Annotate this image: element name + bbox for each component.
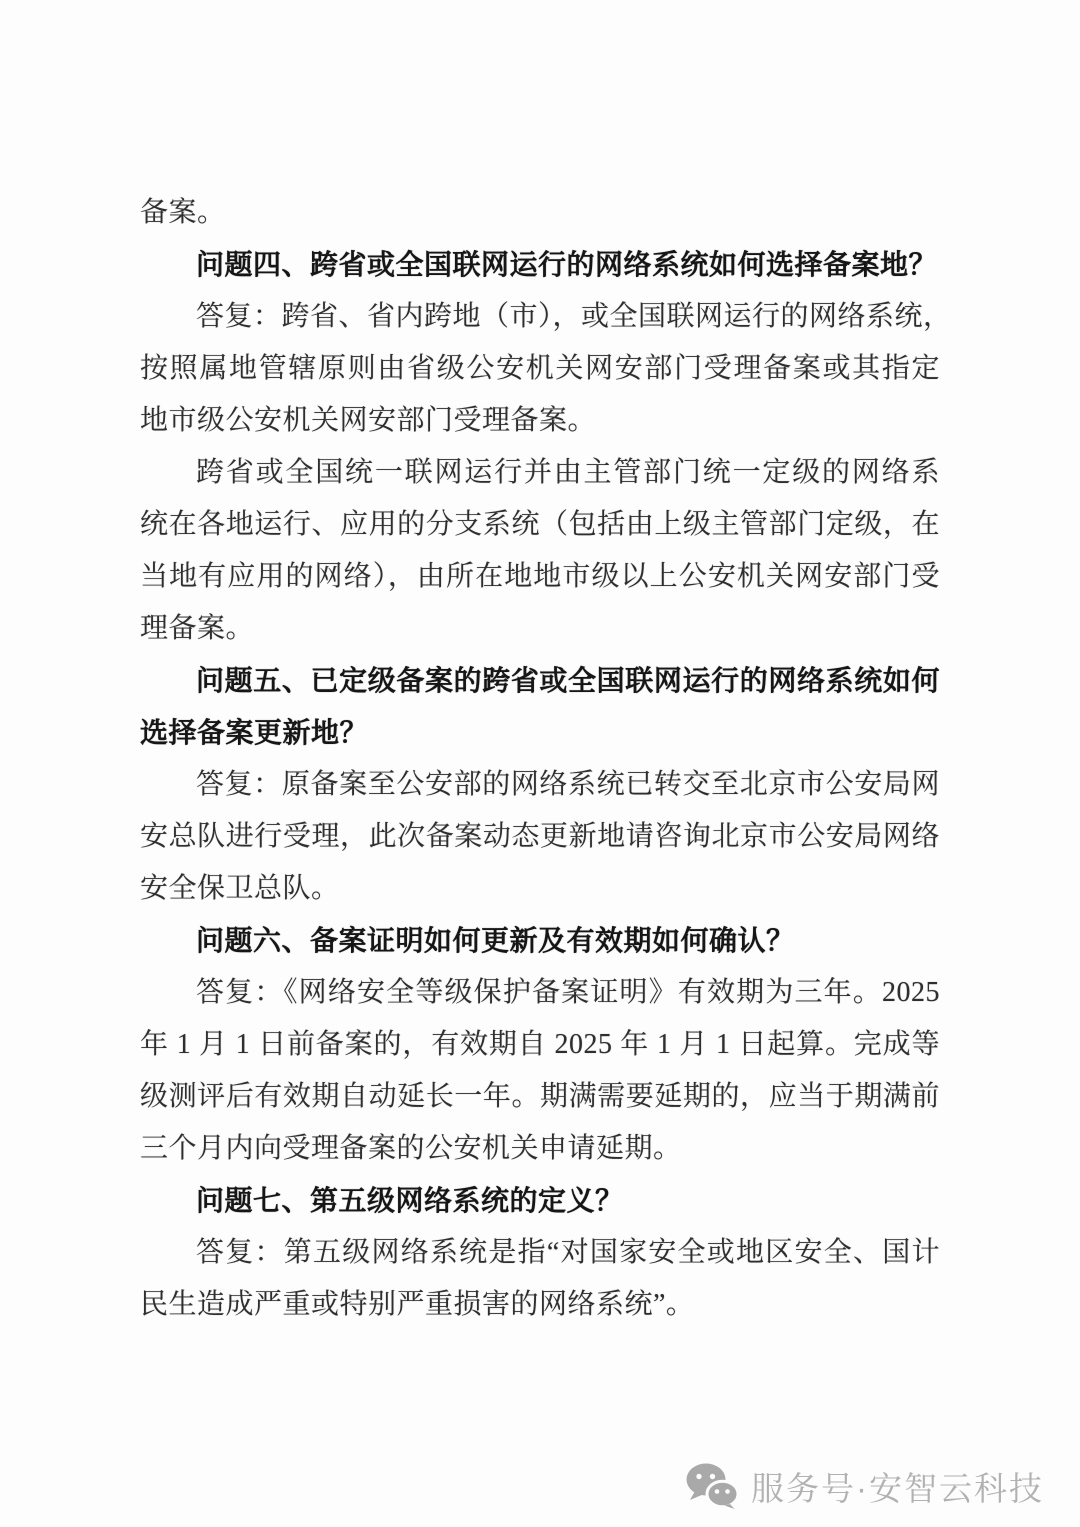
paragraph-line: 答复：第五级网络系统是指“对国家安全或地区安全、国计 — [140, 1227, 940, 1279]
paragraph-line: 备案。 — [140, 187, 940, 239]
paragraph-line: 三个月内向受理备案的公安机关申请延期。 — [140, 1123, 940, 1175]
wechat-icon — [685, 1462, 739, 1510]
question-heading-q5: 问题五、已定级备案的跨省或全国联网运行的网络系统如何 — [140, 655, 940, 707]
watermark-label: 服务号·安智云科技 — [751, 1463, 1044, 1510]
paragraph-line: 民生造成严重或特别严重损害的网络系统”。 — [140, 1279, 940, 1331]
document-page: 备案。 问题四、跨省或全国联网运行的网络系统如何选择备案地？ 答复：跨省、省内跨… — [140, 187, 940, 1331]
paragraph-line: 按照属地管辖原则由省级公安机关网安部门受理备案或其指定 — [140, 343, 940, 395]
wechat-watermark: 服务号·安智云科技 — [685, 1461, 1044, 1511]
paragraph-line: 级测评后有效期自动延长一年。期满需要延期的，应当于期满前 — [140, 1071, 940, 1123]
paragraph-line: 安总队进行受理，此次备案动态更新地请咨询北京市公安局网络 — [140, 811, 940, 863]
paragraph-line: 当地有应用的网络），由所在地地市级以上公安机关网安部门受 — [140, 551, 940, 603]
question-heading-q4: 问题四、跨省或全国联网运行的网络系统如何选择备案地？ — [140, 239, 940, 291]
paragraph-line: 答复：跨省、省内跨地（市），或全国联网运行的网络系统， — [140, 291, 940, 343]
paragraph-line: 安全保卫总队。 — [140, 863, 940, 915]
question-heading-q7: 问题七、第五级网络系统的定义？ — [140, 1175, 940, 1227]
question-heading-q6: 问题六、备案证明如何更新及有效期如何确认？ — [140, 915, 940, 967]
paragraph-line: 跨省或全国统一联网运行并由主管部门统一定级的网络系 — [140, 447, 940, 499]
question-heading-q5-line2: 选择备案更新地？ — [140, 707, 940, 759]
paragraph-line: 年 1 月 1 日前备案的，有效期自 2025 年 1 月 1 日起算。完成等 — [140, 1019, 940, 1071]
paragraph-line: 答复：原备案至公安部的网络系统已转交至北京市公安局网 — [140, 759, 940, 811]
paragraph-line: 理备案。 — [140, 603, 940, 655]
paragraph-line: 答复：《网络安全等级保护备案证明》有效期为三年。2025 — [140, 967, 940, 1019]
paragraph-line: 统在各地运行、应用的分支系统（包括由上级主管部门定级，在 — [140, 499, 940, 551]
paragraph-line: 地市级公安机关网安部门受理备案。 — [140, 395, 940, 447]
